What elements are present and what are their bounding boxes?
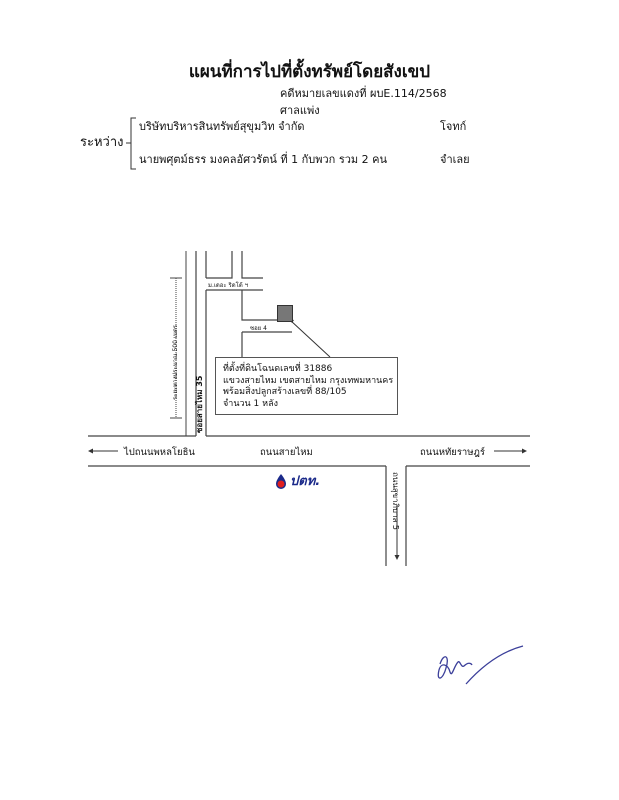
right-direction-label: ถนนหทัยราษฎร์ (420, 445, 485, 460)
main-road-label: ถนนสายไหม (260, 445, 313, 460)
left-direction-label: ไปถนนพหลโยธิน (124, 445, 195, 460)
info-line: แขวงสายไหม เขตสายไหม กรุงเทพมหานคร (223, 376, 397, 388)
info-line: พร้อมสิ่งปลูกสร้างเลขที่ 88/105 (223, 387, 397, 399)
side-road-label: ถนนสุขาภิบาล 5 (389, 472, 402, 530)
property-marker (277, 305, 293, 322)
signature (430, 640, 530, 690)
info-line: จำนวน 1 หลัง (223, 399, 397, 411)
property-info-box: ที่ตั้งที่ดินโฉนดเลขที่ 31886 แขวงสายไหม… (215, 357, 398, 415)
soi4-label: ซอย 4 (250, 323, 267, 333)
ptt-landmark: ปตท. (275, 470, 320, 491)
ptt-flame-icon (275, 473, 287, 489)
info-line: ที่ตั้งที่ดินโฉนดเลขที่ 31886 (223, 364, 397, 376)
soi35-label: ซอยสายไหม 35 (193, 376, 206, 433)
ptt-logo-text: ปตท. (290, 470, 320, 491)
distance-label: ระยะทางประมาณ 500 เมตร (170, 325, 180, 400)
village-label: ม.เดอะ ริดโด้ ฯ (208, 280, 248, 290)
